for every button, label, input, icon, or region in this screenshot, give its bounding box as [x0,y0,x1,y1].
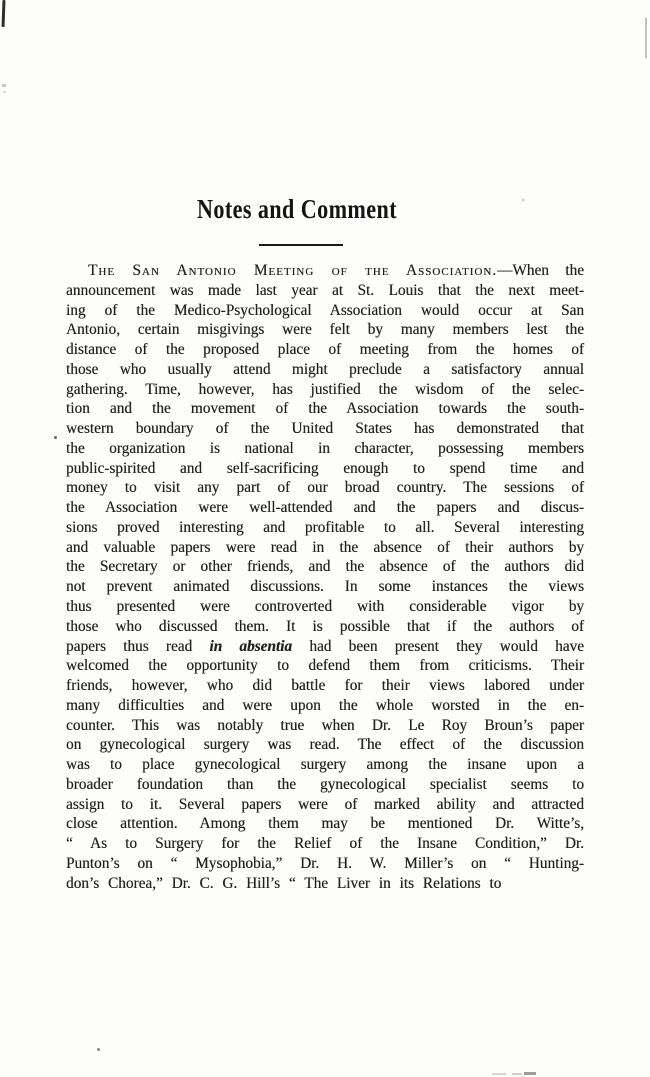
text-line: The San Antonio Meeting of the Associati… [66,261,584,281]
page-title-text: Notes and Comment [197,194,397,224]
scan-artifact-top-left-stroke [2,0,6,27]
text-line: was to place gynecological surgery among… [66,755,584,775]
text-segment: public-spirited and self-sacrificing eno… [66,460,584,477]
text-line: on gynecological surgery was read. The e… [66,735,584,755]
text-segment: western boundary of the United States ha… [66,420,584,437]
text-line: those who usually attend might preclude … [66,360,584,380]
text-segment: tion and the movement of the Association… [66,400,584,417]
title-divider-rule [259,244,343,246]
text-line: thus presented were controverted with co… [66,597,584,617]
text-segment: money to visit any part of our broad cou… [66,479,584,496]
text-segment: close attention. Among them may be menti… [66,815,584,832]
scan-artifact-bottom-right-dash [524,1072,536,1075]
scan-artifact-left-speck [2,84,6,87]
book-page: Notes and Comment The San Antonio Meetin… [0,0,650,1077]
text-segment: ing of the Medico-Psychological Associat… [66,302,584,319]
page-title: Notes and Comment [66,194,584,224]
text-line: those who discussed them. It is possible… [66,617,584,637]
text-segment: those who usually attend might preclude … [66,361,584,378]
scan-artifact-top-right-line [645,18,647,58]
italic-phrase: in absentia [209,638,292,655]
text-segment: not prevent animated discussions. In som… [66,578,584,595]
text-line: don’s Chorea,” Dr. C. G. Hill’s “ The Li… [66,874,584,894]
smallcaps-lead-in: The San Antonio Meeting of the Associati… [88,262,497,279]
text-segment: many difficulties and were upon the whol… [66,697,584,714]
text-segment: Punton’s on “ Mysophobia,” Dr. H. W. Mil… [66,855,584,872]
text-segment: on gynecological surgery was read. The e… [66,736,584,753]
text-line: broader foundation than the gynecologica… [66,775,584,795]
scan-artifact-bottom-dot [97,1048,100,1051]
text-segment: papers thus read [66,638,209,655]
text-line: counter. This was notably true when Dr. … [66,716,584,736]
text-segment: the Secretary or other friends, and the … [66,558,584,575]
text-segment: had been present they would have [292,638,584,655]
text-segment: distance of the proposed place of meetin… [66,341,584,358]
text-segment: broader foundation than the gynecologica… [66,776,584,793]
text-segment: assign to it. Several papers were of mar… [66,796,584,813]
text-line: close attention. Among them may be menti… [66,814,584,834]
text-segment: the Association were well-attended and t… [66,499,584,516]
text-segment: announcement was made last year at St. L… [66,282,584,299]
text-line: the Secretary or other friends, and the … [66,557,584,577]
scan-artifact-bottom-right-dash [492,1073,506,1075]
text-line: welcomed the opportunity to defend them … [66,656,584,676]
text-segment: welcomed the opportunity to defend them … [66,657,584,674]
text-segment: thus presented were controverted with co… [66,598,584,615]
scan-artifact-margin-dot [54,436,57,439]
text-line: distance of the proposed place of meetin… [66,340,584,360]
text-segment: and valuable papers were read in the abs… [66,539,584,556]
text-line: Antonio, certain misgivings were felt by… [66,320,584,340]
scan-artifact-left-speck [3,91,6,93]
text-line: money to visit any part of our broad cou… [66,478,584,498]
text-segment: —When the [497,262,584,279]
text-line: many difficulties and were upon the whol… [66,696,584,716]
text-line: assign to it. Several papers were of mar… [66,795,584,815]
text-line: Punton’s on “ Mysophobia,” Dr. H. W. Mil… [66,854,584,874]
scan-artifact-bottom-right-dash [512,1073,522,1075]
text-line: tion and the movement of the Association… [66,399,584,419]
text-line: “ As to Surgery for the Relief of the In… [66,834,584,854]
text-segment: was to place gynecological surgery among… [66,756,584,773]
text-line: and valuable papers were read in the abs… [66,538,584,558]
text-line: sions proved interesting and profitable … [66,518,584,538]
text-line: papers thus read in absentia had been pr… [66,637,584,657]
text-line: friends, however, who did battle for the… [66,676,584,696]
text-line: the Association were well-attended and t… [66,498,584,518]
article-body: The San Antonio Meeting of the Associati… [66,261,584,894]
text-line: western boundary of the United States ha… [66,419,584,439]
text-line: not prevent animated discussions. In som… [66,577,584,597]
text-segment: sions proved interesting and profitable … [66,519,584,536]
text-segment: gathering. Time, however, has justified … [66,381,584,398]
text-line: gathering. Time, however, has justified … [66,380,584,400]
text-segment: Antonio, certain misgivings were felt by… [66,321,584,338]
text-line: ing of the Medico-Psychological Associat… [66,301,584,321]
text-segment: “ As to Surgery for the Relief of the In… [66,835,584,852]
text-segment: those who discussed them. It is possible… [66,618,584,635]
text-line: announcement was made last year at St. L… [66,281,584,301]
text-segment: counter. This was notably true when Dr. … [66,717,584,734]
text-line: public-spirited and self-sacrificing eno… [66,459,584,479]
text-segment: friends, however, who did battle for the… [66,677,584,694]
text-segment: don’s Chorea,” Dr. C. G. Hill’s “ The Li… [66,875,501,892]
text-line: the organization is national in characte… [66,439,584,459]
text-segment: the organization is national in characte… [66,440,584,457]
